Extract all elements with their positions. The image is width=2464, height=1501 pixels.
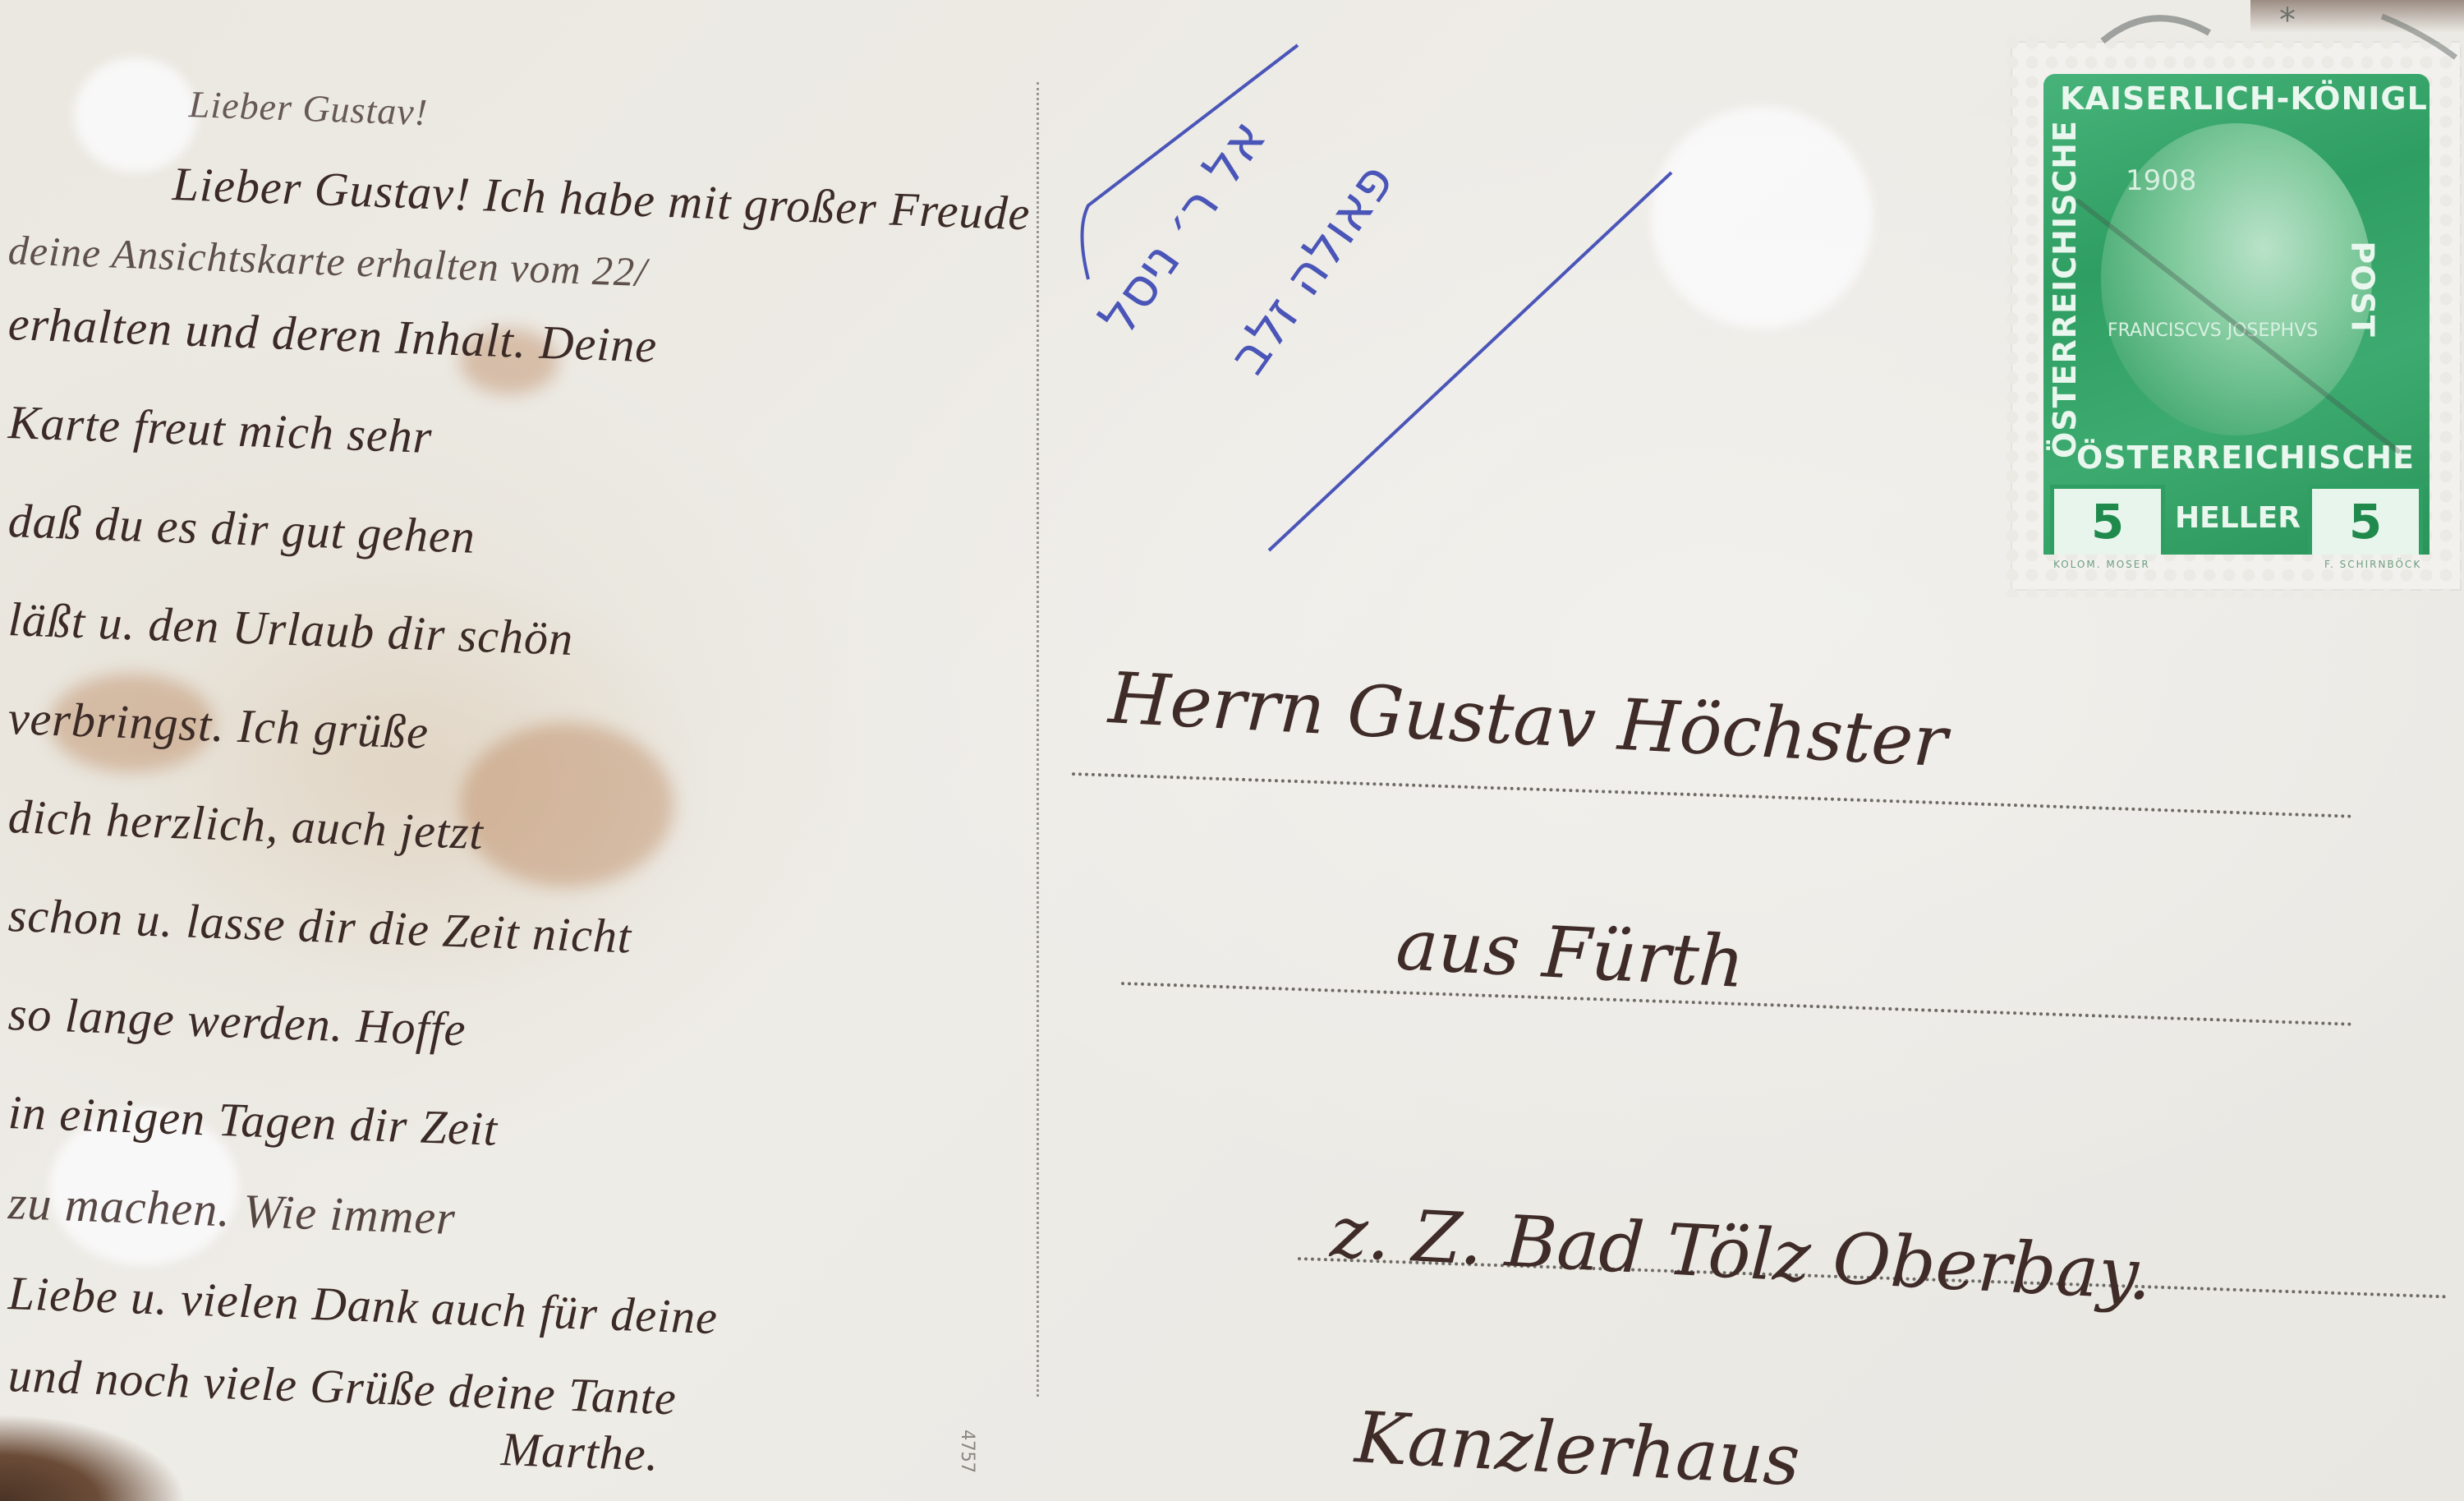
message-line: deine Ansichtskarte erhalten vom 22/: [7, 226, 648, 296]
postcard: 4757 Lieber Gustav! Lieber Gustav! Ich h…: [0, 0, 2464, 1501]
stamp-year: 1908: [2126, 164, 2197, 197]
stamp-value-right: 5: [2308, 485, 2423, 555]
message-line: in einigen Tagen dir Zeit: [7, 1084, 499, 1157]
address-house: Kanzlerhaus: [1353, 1397, 1801, 1501]
stamp-legend-left: ÖSTERREICHISCHE: [2047, 120, 2083, 458]
message-line: Lieber Gustav! Ich habe mit großer Freud…: [172, 156, 1032, 241]
message-line: schon u. lasse dir die Zeit nicht: [7, 887, 632, 964]
message-line: Liebe u. vielen Dank auch für deine: [7, 1265, 719, 1345]
address-origin: aus Fürth: [1394, 904, 1746, 1004]
stamp-engraver: F. SCHIRNBÖCK: [2324, 559, 2421, 570]
address-location: z. Z. Bad Tölz Oberbay.: [1328, 1191, 2154, 1316]
message-line: Lieber Gustav!: [188, 82, 429, 134]
handwritten-message: Lieber Gustav! Lieber Gustav! Ich habe m…: [8, 33, 1018, 1479]
message-line: erhalten und deren Inhalt. Deine: [7, 296, 659, 374]
message-line: verbringst. Ich grüße: [7, 690, 430, 760]
stamp-value-left: 5: [2050, 485, 2165, 555]
stamp-portrait-caption: FRANCISCVS JOSEPHVS: [2108, 320, 2318, 342]
message-line: läßt u. den Urlaub dir schön: [7, 592, 574, 666]
cancellation-postmark-arc: [2070, 0, 2464, 66]
stamp-designer: KOLOM. MOSER: [2053, 559, 2150, 570]
postage-stamp: KAISERLICH-KÖNIGLICHE ÖSTERREICHISCHE PO…: [2012, 43, 2460, 589]
stamp-legend-bottom: ÖSTERREICHISCHE: [2076, 440, 2415, 476]
stamp-legend-top: KAISERLICH-KÖNIGLICHE: [2060, 81, 2430, 117]
message-line: Karte freut mich sehr: [7, 394, 434, 464]
message-line: und noch viele Grüße deine Tante: [7, 1347, 678, 1425]
message-line: daß du es dir gut gehen: [7, 493, 476, 564]
stamp-currency: HELLER: [2175, 501, 2298, 535]
message-line: so lange werden. Hoffe: [7, 986, 467, 1057]
message-signature: Marthe.: [500, 1421, 660, 1482]
address-rule: [1072, 772, 2352, 818]
center-divider: [1037, 82, 1039, 1397]
message-line: zu machen. Wie immer: [7, 1175, 457, 1245]
stamp-design: KAISERLICH-KÖNIGLICHE ÖSTERREICHISCHE PO…: [2043, 74, 2430, 555]
message-line: dich herzlich, auch jetzt: [7, 789, 485, 860]
stamp-legend-right: POST: [2345, 241, 2381, 337]
address-recipient: Herrn Gustav Höchster: [1106, 657, 1949, 783]
